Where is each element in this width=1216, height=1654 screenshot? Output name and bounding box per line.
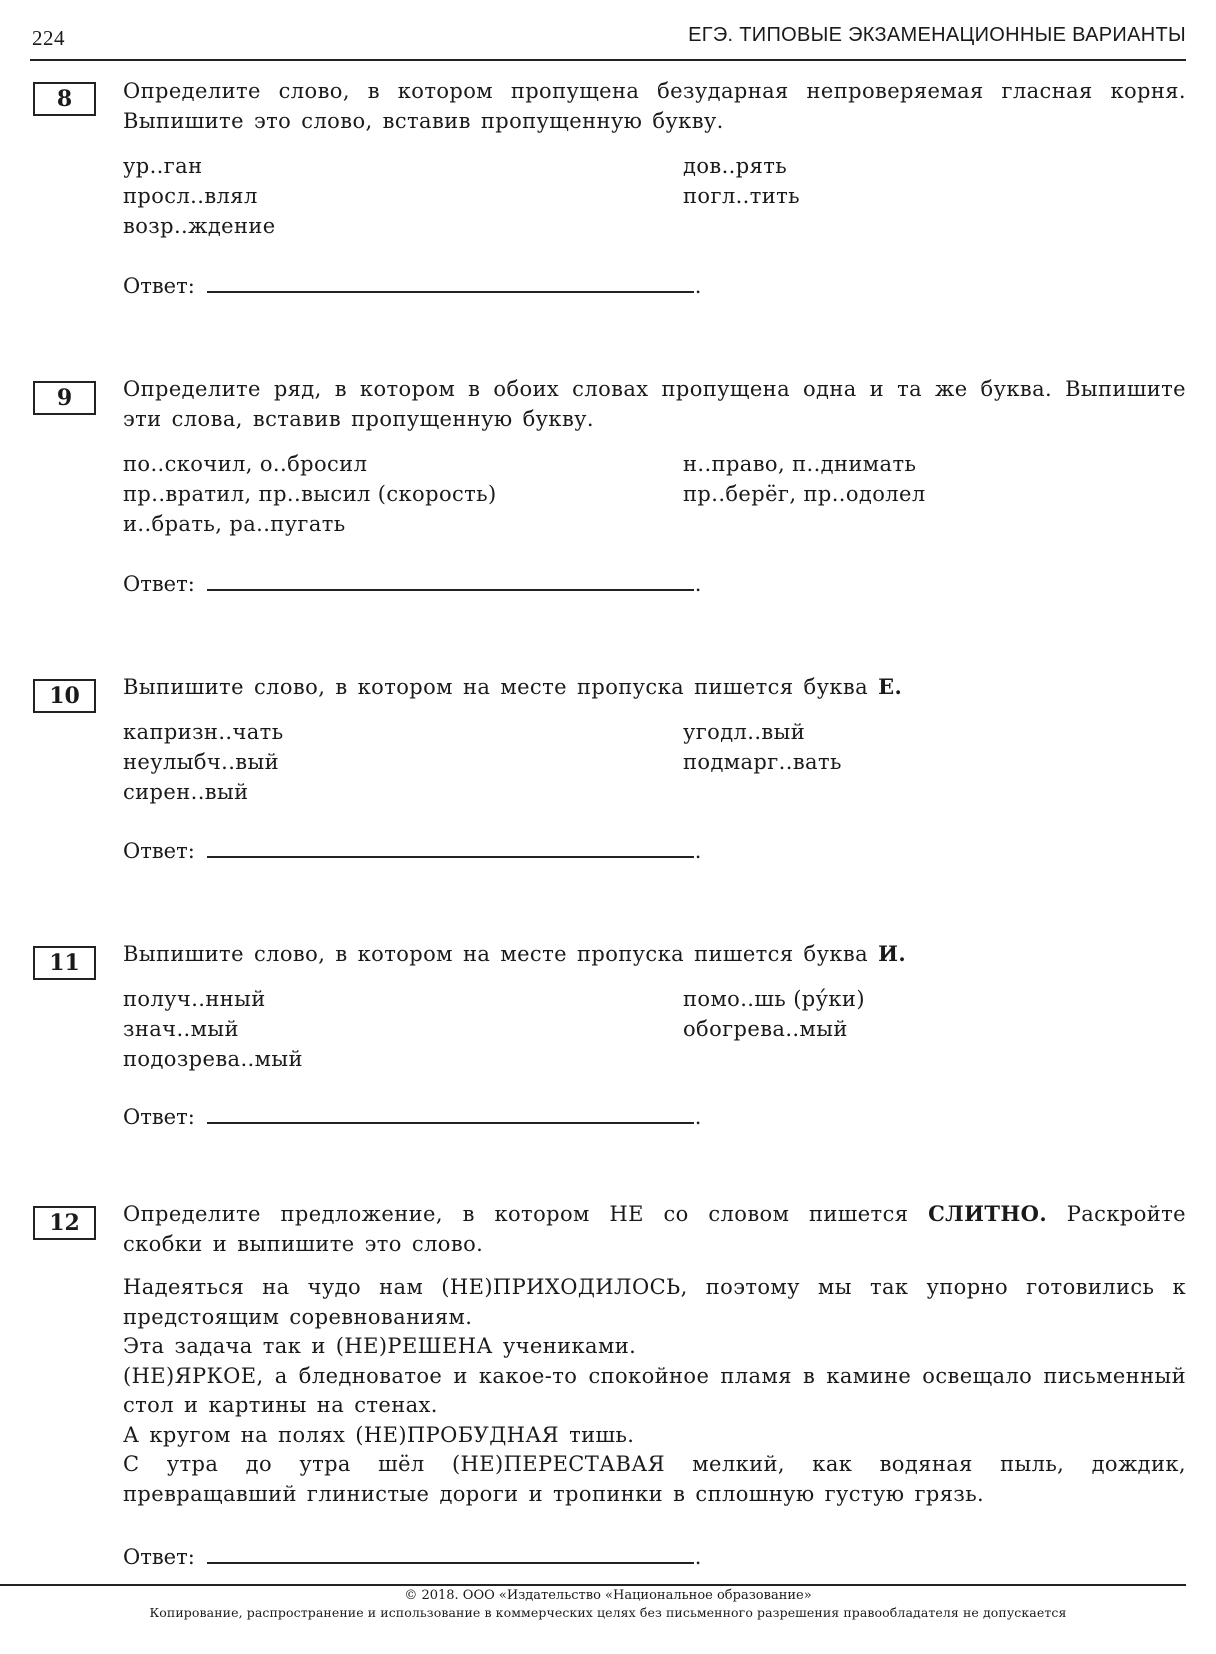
answer-label: Ответ: [123,836,195,866]
answer-label: Ответ: [123,1102,195,1132]
option: просл..влял [123,181,276,211]
sentence: Надеяться на чудо нам (НЕ)ПРИХОДИЛОСЬ, п… [123,1273,1186,1332]
answer-row: Ответ: . [123,1100,701,1132]
target-letter: Е. [878,674,902,699]
task-prompt: Выпишите слово, в котором на месте пропу… [123,672,1186,702]
target-letter: И. [878,941,906,966]
footer-notice: Копирование, распространение и использов… [0,1605,1216,1620]
task-number-box: 9 [33,381,96,415]
option: дов..рять [683,151,800,181]
option: помо..шь (ру́ки) [683,984,865,1014]
option: погл..тить [683,181,800,211]
task-number-box: 10 [33,679,96,713]
answer-row: Ответ: . [123,567,701,599]
task-prompt: Определите предложение, в котором НЕ со … [123,1199,1186,1259]
option: неулыбч..вый [123,747,284,777]
task-prompt: Выпишите слово, в котором на месте пропу… [123,939,1186,969]
task-number-box: 12 [33,1206,96,1240]
option: сирен..вый [123,777,284,807]
option: н..право, п..днимать [683,449,926,479]
emphasis-word: СЛИТНО. [928,1201,1047,1226]
sentence: (НЕ)ЯРКОЕ, а бледноватое и какое-то спок… [123,1362,1186,1421]
options-right: дов..рять погл..тить [683,151,800,211]
options-right: н..право, п..днимать пр..берёг, пр..одол… [683,449,926,509]
page-number: 224 [32,26,65,51]
answer-field[interactable] [207,1540,694,1564]
option: пр..вратил, пр..высил (скорость) [123,479,497,509]
sentence: С утра до утра шёл (НЕ)ПЕРЕСТАВАЯ мелкий… [123,1450,1186,1509]
options-right: помо..шь (ру́ки) обогрева..мый [683,984,865,1044]
option: обогрева..мый [683,1014,865,1044]
answer-row: Ответ: . [123,1540,701,1572]
options-left: ур..ган просл..влял возр..ждение [123,151,276,241]
option: ур..ган [123,151,276,181]
answer-row: Ответ: . [123,834,701,866]
options-right: угодл..вый подмарг..вать [683,717,842,777]
options-left: капризн..чать неулыбч..вый сирен..вый [123,717,284,807]
option: подмарг..вать [683,747,842,777]
task-number-box: 11 [33,946,96,980]
running-title: ЕГЭ. ТИПОВЫЕ ЭКЗАМЕНАЦИОННЫЕ ВАРИАНТЫ [688,24,1186,47]
answer-label: Ответ: [123,569,195,599]
header-divider [30,59,1186,61]
task-number-box: 8 [33,82,96,116]
answer-label: Ответ: [123,1542,195,1572]
answer-field[interactable] [207,269,694,293]
option: капризн..чать [123,717,284,747]
footer-copyright: © 2018. ООО «Издательство «Национальное … [0,1588,1216,1603]
footer-divider [0,1584,1186,1586]
task-prompt: Определите слово, в котором пропущена бе… [123,76,1186,136]
options-left: получ..нный знач..мый подозрева..мый [123,984,303,1074]
answer-field[interactable] [207,567,694,591]
answer-field[interactable] [207,834,694,858]
sentence: А кругом на полях (НЕ)ПРОБУДНАЯ тишь. [123,1421,1186,1451]
sentence: Эта задача так и (НЕ)РЕШЕНА учениками. [123,1332,1186,1362]
answer-label: Ответ: [123,271,195,301]
answer-row: Ответ: . [123,269,701,301]
option: по..скочил, о..бросил [123,449,497,479]
option: пр..берёг, пр..одолел [683,479,926,509]
options-left: по..скочил, о..бросил пр..вратил, пр..вы… [123,449,497,539]
option: подозрева..мый [123,1044,303,1074]
option: угодл..вый [683,717,842,747]
task-prompt: Определите ряд, в котором в обоих словах… [123,374,1186,434]
option: знач..мый [123,1014,303,1044]
option: получ..нный [123,984,303,1014]
option: и..брать, ра..пугать [123,509,497,539]
option: возр..ждение [123,211,276,241]
sentence-list: Надеяться на чудо нам (НЕ)ПРИХОДИЛОСЬ, п… [123,1273,1186,1509]
answer-field[interactable] [207,1100,694,1124]
